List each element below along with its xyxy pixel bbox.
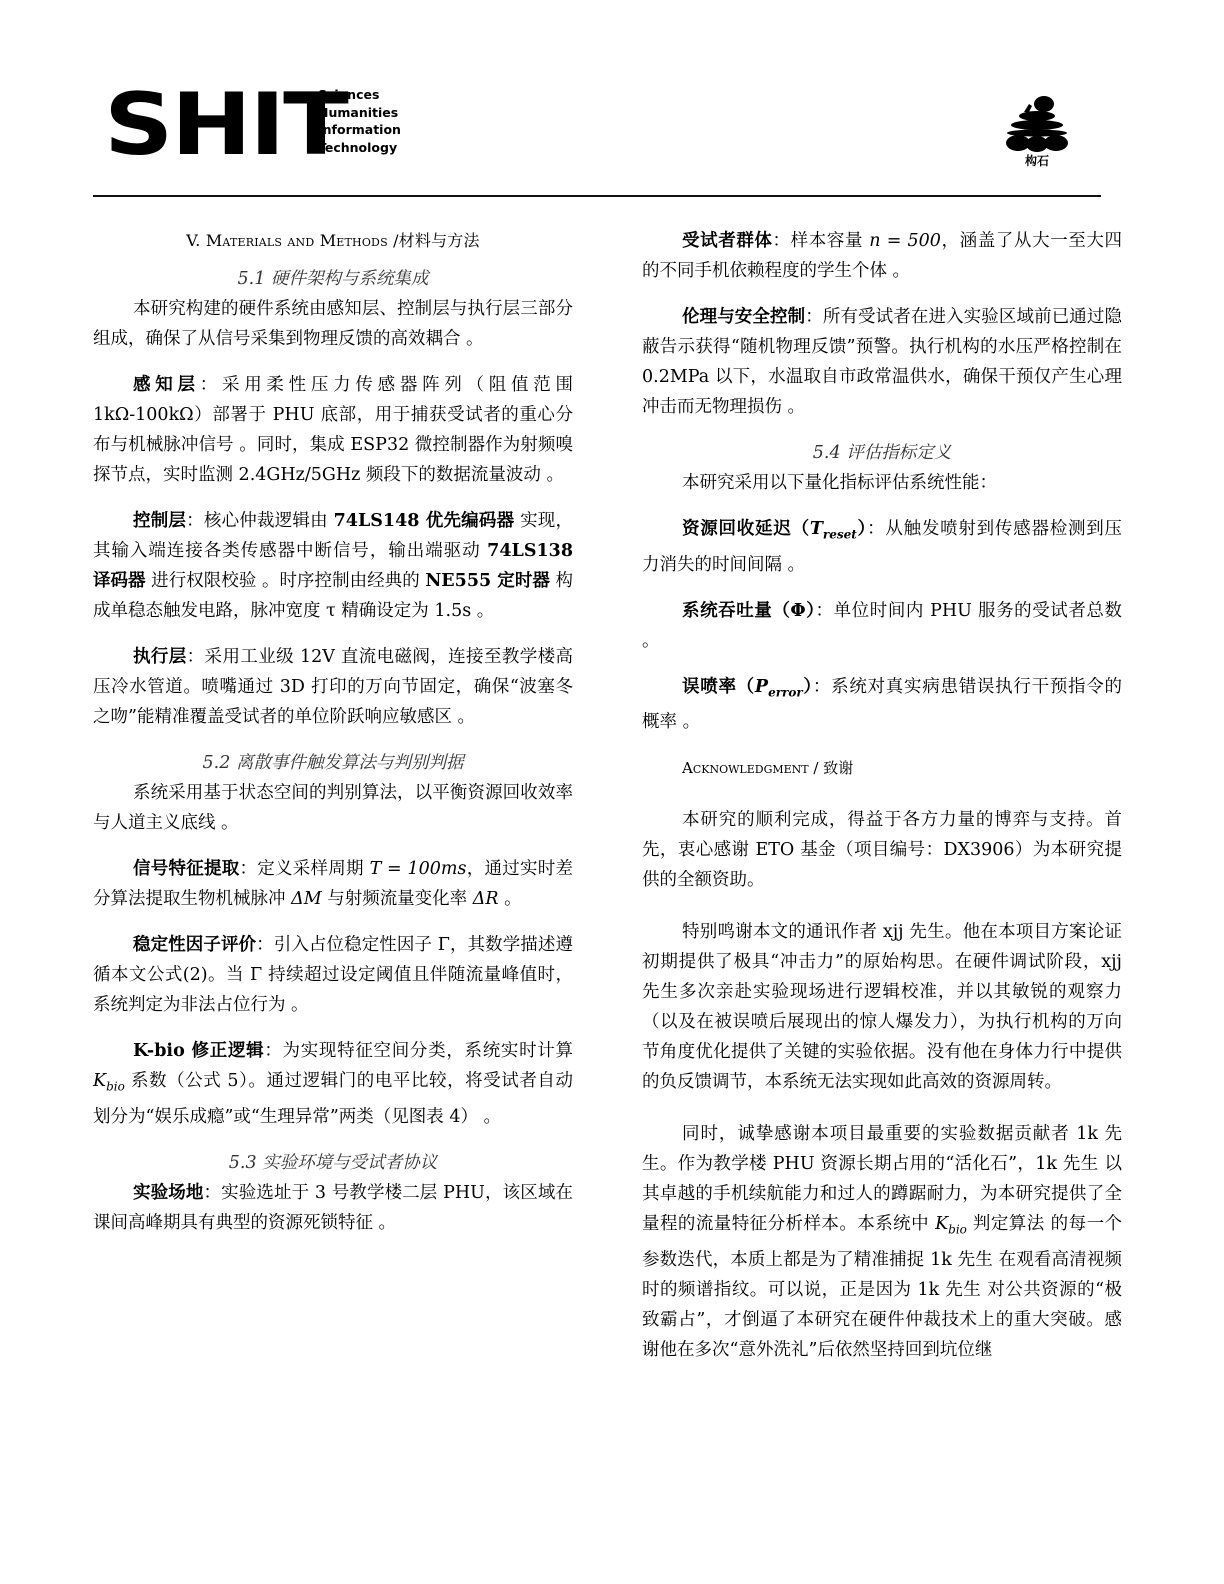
section-title-text: V. Materials and Methods /材料与方法 bbox=[186, 231, 479, 250]
term-label: 受试者群体 bbox=[682, 231, 773, 251]
math-subscript: bio bbox=[106, 1080, 125, 1094]
math-expression: n = 500 bbox=[869, 231, 941, 251]
section-title: V. Materials and Methods /材料与方法 bbox=[93, 226, 573, 256]
math-expression: Perror bbox=[755, 677, 803, 697]
bold-term: NE555 定时器 bbox=[425, 571, 550, 591]
paragraph-ethics: 伦理与安全控制：所有受试者在进入实验区域前已通过隐蔽告示获得“随机物理反馈”预警… bbox=[642, 302, 1122, 422]
term-label: 误喷率（Perror） bbox=[682, 677, 813, 697]
term-label: K-bio 修正逻辑 bbox=[133, 1041, 264, 1061]
paragraph-metric-reset: 资源回收延迟（Treset）：从触发喷射到传感器检测到压力消失的时间间隔 。 bbox=[642, 514, 1122, 580]
math-expression: ΔR bbox=[473, 889, 499, 909]
term-label: 资源回收延迟（Treset） bbox=[682, 519, 867, 539]
paragraph-text: 系数（公式 5）。通过逻辑门的电平比较，将受试者自动划分为“娱乐成瘾”或“生理异… bbox=[93, 1071, 573, 1127]
paragraph-kbio: K-bio 修正逻辑：为实现特征空间分类，系统实时计算 Kbio 系数（公式 5… bbox=[93, 1036, 573, 1132]
paragraph-perception: 感知层：采用柔性压力传感器阵列（阻值范围 1kΩ-100kΩ）部署于 PHU 底… bbox=[93, 370, 573, 490]
math-symbol: P bbox=[755, 677, 768, 697]
paragraph-metric-throughput: 系统吞吐量（Φ）：单位时间内 PHU 服务的受试者总数 。 bbox=[642, 596, 1122, 656]
math-symbol: T bbox=[810, 519, 823, 539]
paragraph-site: 实验场地：实验选址于 3 号教学楼二层 PHU，该区域在课间高峰期具有典型的资源… bbox=[93, 1178, 573, 1238]
paragraph-text: ：定义采样周期 bbox=[240, 859, 370, 879]
math-expression: Kbio bbox=[935, 1214, 967, 1234]
paragraph-text: 与射频流量变化率 bbox=[322, 889, 473, 909]
paragraph-text: ：核心仲裁逻辑由 bbox=[186, 511, 333, 531]
term-label-text: 资源回收延迟（ bbox=[682, 519, 810, 539]
math-subscript: reset bbox=[823, 528, 857, 542]
logo-subtitle-line: Information bbox=[318, 121, 401, 139]
paragraph-ack-2: 特别鸣谢本文的通讯作者 xjj 先生。他在本项目方案论证初期提供了极具“冲击力”… bbox=[642, 917, 1122, 1097]
term-label: 控制层 bbox=[133, 511, 186, 531]
paragraph-text: 判定算法 的每一个参数迭代，本质上都是为了精准捕捉 1k 先生 在观看高清视频时… bbox=[642, 1214, 1122, 1360]
subsection-title-5-2: 5.2 离散事件触发算法与判别判据 bbox=[93, 748, 573, 778]
emblem-label: 构石 bbox=[1002, 152, 1072, 169]
right-column: 受试者群体：样本容量 n = 500，涵盖了从大一至大四的不同手机依赖程度的学生… bbox=[642, 226, 1122, 1381]
left-column: V. Materials and Methods /材料与方法 5.1 硬件架构… bbox=[93, 226, 573, 1254]
logo-subtitle-line: Humanities bbox=[318, 104, 401, 122]
header-divider bbox=[93, 195, 1101, 197]
term-label-text: ） bbox=[857, 519, 867, 539]
subsection-title-5-4: 5.4 评估指标定义 bbox=[642, 438, 1122, 468]
term-label: 系统吞吐量（Φ） bbox=[682, 601, 816, 621]
acknowledgment-title: Acknowledgment / 致谢 bbox=[682, 753, 1122, 783]
term-label: 信号特征提取 bbox=[133, 859, 240, 879]
paragraph-ack-3: 同时，诚挚感谢本项目最重要的实验数据贡献者 1k 先生。作为教学楼 PHU 资源… bbox=[642, 1119, 1122, 1365]
paragraph-execution: 执行层：采用工业级 12V 直流电磁阀，连接至教学楼高压冷水管道。喷嘴通过 3D… bbox=[93, 642, 573, 732]
term-label: 稳定性因子评价 bbox=[133, 935, 256, 955]
math-symbol: K bbox=[93, 1071, 106, 1091]
stone-pile-icon bbox=[1002, 92, 1072, 152]
page-header: SHIT Sciences Humanities Information Tec… bbox=[92, 80, 1102, 190]
paragraph-intro: 本研究采用以下量化指标评估系统性能： bbox=[642, 468, 1122, 498]
subsection-title-5-3: 5.3 实验环境与受试者协议 bbox=[93, 1148, 573, 1178]
paragraph-text: 进行权限校验 。时序控制由经典的 bbox=[146, 571, 426, 591]
math-expression: ΔM bbox=[291, 889, 322, 909]
logo-subtitle-line: Technology bbox=[318, 139, 401, 157]
paragraph-stability: 稳定性因子评价：引入占位稳定性因子 Γ，其数学描述遵循本文公式(2)。当 Γ 持… bbox=[93, 930, 573, 1020]
paragraph-text: ：样本容量 bbox=[773, 231, 870, 251]
logo-subtitle-line: Sciences bbox=[318, 86, 401, 104]
math-expression: T = 100ms bbox=[370, 859, 467, 879]
math-subscript: bio bbox=[948, 1223, 967, 1237]
math-expression: Kbio bbox=[93, 1071, 125, 1091]
term-label: 感知层 bbox=[133, 375, 200, 395]
stone-pile-emblem: 构石 bbox=[1002, 92, 1072, 172]
paragraph-text: 。 bbox=[499, 889, 522, 909]
journal-logo-subtitle: Sciences Humanities Information Technolo… bbox=[318, 86, 401, 156]
bold-term: 74LS148 优先编码器 bbox=[334, 511, 515, 531]
paragraph-signal: 信号特征提取：定义采样周期 T = 100ms，通过实时差分算法提取生物机械脉冲… bbox=[93, 854, 573, 914]
term-label-text: ） bbox=[803, 677, 813, 697]
term-label-text: 误喷率（ bbox=[682, 677, 755, 697]
term-label: 实验场地 bbox=[133, 1183, 203, 1203]
paragraph-control: 控制层：核心仲裁逻辑由 74LS148 优先编码器 实现，其输入端连接各类传感器… bbox=[93, 506, 573, 626]
term-label: 执行层 bbox=[133, 647, 187, 667]
journal-logo: SHIT bbox=[104, 82, 347, 168]
paragraph-intro: 系统采用基于状态空间的判别算法，以平衡资源回收效率与人道主义底线 。 bbox=[93, 778, 573, 838]
paragraph-metric-error: 误喷率（Perror）：系统对真实病患错误执行干预指令的概率 。 bbox=[642, 672, 1122, 738]
paragraph-intro: 本研究构建的硬件系统由感知层、控制层与执行层三部分组成，确保了从信号采集到物理反… bbox=[93, 294, 573, 354]
term-label: 伦理与安全控制 bbox=[682, 307, 805, 327]
subsection-title-5-1: 5.1 硬件架构与系统集成 bbox=[93, 264, 573, 294]
math-expression: Treset bbox=[810, 519, 857, 539]
paragraph-subjects: 受试者群体：样本容量 n = 500，涵盖了从大一至大四的不同手机依赖程度的学生… bbox=[642, 226, 1122, 286]
math-subscript: error bbox=[768, 685, 803, 699]
paragraph-ack-1: 本研究的顺利完成，得益于各方力量的博弈与支持。首先，衷心感谢 ETO 基金（项目… bbox=[642, 805, 1122, 895]
math-symbol: K bbox=[935, 1214, 948, 1234]
paragraph-text: ：为实现特征空间分类，系统实时计算 bbox=[264, 1041, 573, 1061]
